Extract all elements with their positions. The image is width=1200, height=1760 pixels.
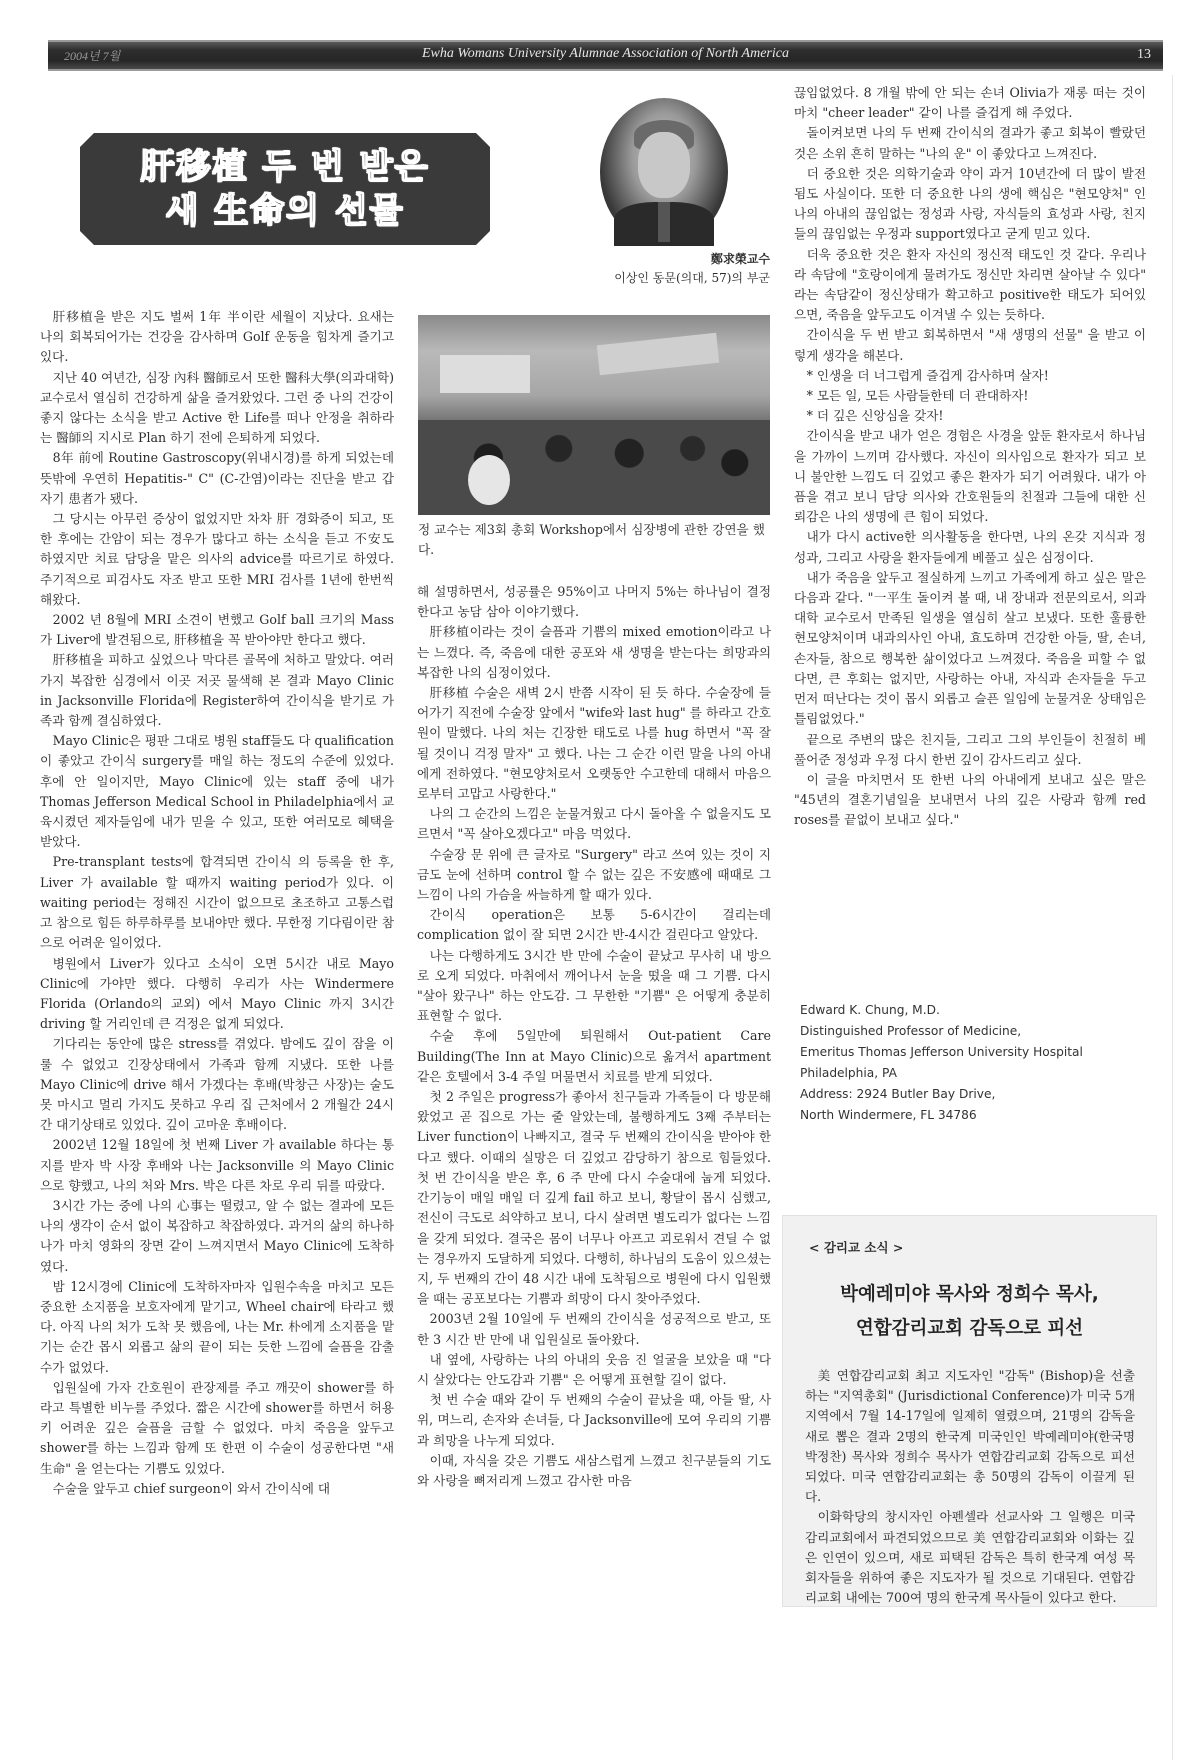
signature-address-line2: North Windermere, FL 34786 bbox=[800, 1105, 1140, 1126]
paragraph: 이화학당의 창시자인 아펜셀라 선교사와 그 일행은 미국 감리교회에서 파견되… bbox=[805, 1507, 1135, 1608]
signature-affiliation: Emeritus Thomas Jefferson University Hos… bbox=[800, 1042, 1140, 1063]
author-name: 鄭求榮교수 bbox=[560, 250, 770, 269]
paragraph: 3시간 가는 중에 나의 心事는 떨렸고, 알 수 없는 결과에 모든 나의 생… bbox=[40, 1196, 394, 1277]
paragraph: 첫 2 주일은 progress가 좋아서 친구들과 가족들이 다 방문해 왔었… bbox=[417, 1087, 771, 1309]
paragraph: 더 중요한 것은 의학기술과 약이 과거 10년간에 더 많이 발전됨도 사실이… bbox=[794, 164, 1146, 245]
author-relation: 이상인 동문(의대, 57)의 부군 bbox=[560, 269, 770, 288]
paragraph: 2002 년 8월에 MRI 소견이 변했고 Golf ball 크기의 Mas… bbox=[40, 610, 394, 650]
signature-title: Distinguished Professor of Medicine, bbox=[800, 1021, 1140, 1042]
author-caption: 鄭求榮교수 이상인 동문(의대, 57)의 부군 bbox=[560, 250, 770, 288]
paragraph: 이 글을 마치면서 또 한번 나의 아내에게 보내고 싶은 말은 "45년의 결… bbox=[794, 770, 1146, 831]
paragraph: 수술장 문 위에 큰 글자로 "Surgery" 라고 쓰여 있는 것이 지금도… bbox=[417, 845, 771, 906]
news-headline-line2: 연합감리교회 감독으로 피선 bbox=[783, 1312, 1156, 1346]
paragraph: 내가 다시 active한 의사활동을 한다면, 나의 온갖 지식과 정성과, … bbox=[794, 527, 1146, 567]
paragraph: 간이식을 받고 내가 얻은 경험은 사경을 앞둔 환자로서 하나님을 가까이 느… bbox=[794, 426, 1146, 527]
paragraph: 肝移植을 피하고 싶었으나 막다른 골목에 처하고 말았다. 여러 가지 복잡한… bbox=[40, 650, 394, 731]
paragraph: 내가 죽음을 앞두고 절실하게 느끼고 가족에게 하고 싶은 말은 다음과 같다… bbox=[794, 568, 1146, 730]
signature-address-line1: Address: 2924 Butler Bay Drive, bbox=[800, 1084, 1140, 1105]
paragraph: 첫 번 수술 때와 같이 두 번째의 수술이 끝났을 때, 아들 딸, 사위, … bbox=[417, 1390, 771, 1451]
resolution-bullet: * 더 깊은 신앙심을 갖자! bbox=[794, 406, 1146, 426]
paragraph: 肝移植 수술은 새벽 2시 반쯤 시작이 된 듯 하다. 수술장에 들어가기 직… bbox=[417, 683, 771, 804]
workshop-photo bbox=[418, 315, 770, 515]
signature-name: Edward K. Chung, M.D. bbox=[800, 1000, 1140, 1021]
article-column-2: 해 설명하면서, 성공률은 95%이고 나머지 5%는 하나님이 결정한다고 농… bbox=[417, 582, 771, 1491]
news-section-tag: < 감리교 소식 > bbox=[809, 1238, 903, 1256]
paragraph: 더욱 중요한 것은 환자 자신의 정신적 태도인 것 같다. 우리나라 속담에 … bbox=[794, 245, 1146, 326]
article-column-3: 끊임없었다. 8 개월 밖에 안 되는 손녀 Olivia가 재롱 떠는 것이 … bbox=[794, 83, 1146, 831]
paragraph: 수술을 앞두고 chief surgeon이 와서 간이식에 대 bbox=[40, 1479, 394, 1499]
page-number: 13 bbox=[1137, 47, 1151, 63]
article-column-1: 肝移植을 받은 지도 벌써 1年 半이란 세월이 지났다. 요새는 나의 회복되… bbox=[40, 307, 394, 1499]
signature-city: Philadelphia, PA bbox=[800, 1063, 1140, 1084]
news-headline: 박예레미야 목사와 정희수 목사, 연합감리교회 감독으로 피선 bbox=[783, 1278, 1156, 1346]
paragraph: 나의 그 순간의 느낌은 눈물겨웠고 다시 돌아올 수 없을지도 모르면서 "꼭… bbox=[417, 804, 771, 844]
paragraph: 肝移植이라는 것이 슬픔과 기쁨의 mixed emotion이라고 나는 느꼈… bbox=[417, 622, 771, 683]
article-title-banner: 肝移植 두 번 받은 새 生命의 선물 bbox=[80, 133, 490, 245]
organization-name: Ewha Womans University Alumnae Associati… bbox=[48, 46, 1163, 62]
methodist-news-box: < 감리교 소식 > 박예레미야 목사와 정희수 목사, 연합감리교회 감독으로… bbox=[782, 1215, 1157, 1607]
news-body: 美 연합감리교회 최고 지도자인 "감독" (Bishop)을 선출하는 "지역… bbox=[805, 1366, 1135, 1608]
paragraph: 간이식을 두 번 받고 회복하면서 "새 생명의 선물" 을 받고 이렇게 생각… bbox=[794, 325, 1146, 365]
paragraph: 간이식 operation은 보통 5-6시간이 걸리는데 complicati… bbox=[417, 905, 771, 945]
paragraph: 그 당시는 아무런 증상이 없었지만 차차 肝 경화증이 되고, 또한 후에는 … bbox=[40, 509, 394, 610]
article-title-line2: 새 生命의 선물 bbox=[165, 189, 404, 233]
paragraph: 밤 12시경에 Clinic에 도착하자마자 입원수속을 마치고 모든 중요한 … bbox=[40, 1277, 394, 1378]
paragraph: 기다리는 동안에 많은 stress를 겪었다. 밤에도 깊이 잠을 이룰 수 … bbox=[40, 1034, 394, 1135]
paragraph: 이때, 자식을 갖은 기쁨도 새삼스럽게 느꼈고 친구분들의 기도와 사랑을 뼈… bbox=[417, 1451, 771, 1491]
paragraph: 2003년 2월 10일에 두 번째의 간이식을 성공적으로 받고, 또한 3 … bbox=[417, 1309, 771, 1349]
paragraph: 병원에서 Liver가 있다고 소식이 오면 5시간 내로 Mayo Clini… bbox=[40, 954, 394, 1035]
paragraph: 끝으로 주변의 많은 친지들, 그리고 그의 부인들이 친절히 베풀어준 정성과… bbox=[794, 730, 1146, 770]
paragraph: 입원실에 가자 간호원이 관장제를 주고 깨끗이 shower를 하라고 특별한… bbox=[40, 1378, 394, 1479]
resolution-bullet: * 인생을 더 너그럽게 즐겁게 감사하며 살자! bbox=[794, 366, 1146, 386]
article-title-line1: 肝移植 두 번 받은 bbox=[141, 145, 430, 189]
paragraph: Pre-transplant tests에 합격되면 간이식 의 등록을 한 후… bbox=[40, 852, 394, 953]
paragraph: 8年 前에 Routine Gastroscopy(위내시경)를 하게 되었는데… bbox=[40, 448, 394, 509]
photo-caption: 정 교수는 제3회 총회 Workshop에서 심장병에 관한 강연을 했다. bbox=[418, 520, 770, 560]
page-edge-rule bbox=[1172, 75, 1173, 1760]
author-signature-block: Edward K. Chung, M.D. Distinguished Prof… bbox=[800, 1000, 1140, 1126]
paragraph: 수술 후에 5일만에 퇴원해서 Out-patient Care Buildin… bbox=[417, 1026, 771, 1087]
paragraph: 해 설명하면서, 성공률은 95%이고 나머지 5%는 하나님이 결정한다고 농… bbox=[417, 582, 771, 622]
paragraph: 끊임없었다. 8 개월 밖에 안 되는 손녀 Olivia가 재롱 떠는 것이 … bbox=[794, 83, 1146, 123]
paragraph: 美 연합감리교회 최고 지도자인 "감독" (Bishop)을 선출하는 "지역… bbox=[805, 1366, 1135, 1507]
author-portrait-photo bbox=[600, 98, 728, 246]
paragraph: Mayo Clinic은 평판 그대로 병원 staff들도 다 qualifi… bbox=[40, 731, 394, 852]
newsletter-header-bar: 2004년 7월 Ewha Womans University Alumnae … bbox=[48, 40, 1163, 71]
paragraph: 2002년 12월 18일에 첫 번째 Liver 가 available 하다… bbox=[40, 1135, 394, 1196]
resolution-bullet: * 모든 일, 모든 사람들한테 더 관대하자! bbox=[794, 386, 1146, 406]
paragraph: 돌이켜보면 나의 두 번째 간이식의 결과가 좋고 회복이 빨랐던 것은 소위 … bbox=[794, 123, 1146, 163]
paragraph: 지난 40 여년간, 심장 內科 醫師로서 또한 醫科大學(의과대학) 교수로서… bbox=[40, 368, 394, 449]
paragraph: 내 옆에, 사랑하는 나의 아내의 웃음 진 얼굴을 보았을 때 "다시 살았다… bbox=[417, 1350, 771, 1390]
paragraph: 나는 다행하게도 3시간 반 만에 수술이 끝났고 무사히 내 방으로 오게 되… bbox=[417, 946, 771, 1027]
news-headline-line1: 박예레미야 목사와 정희수 목사, bbox=[783, 1278, 1156, 1312]
paragraph: 肝移植을 받은 지도 벌써 1年 半이란 세월이 지났다. 요새는 나의 회복되… bbox=[40, 307, 394, 368]
